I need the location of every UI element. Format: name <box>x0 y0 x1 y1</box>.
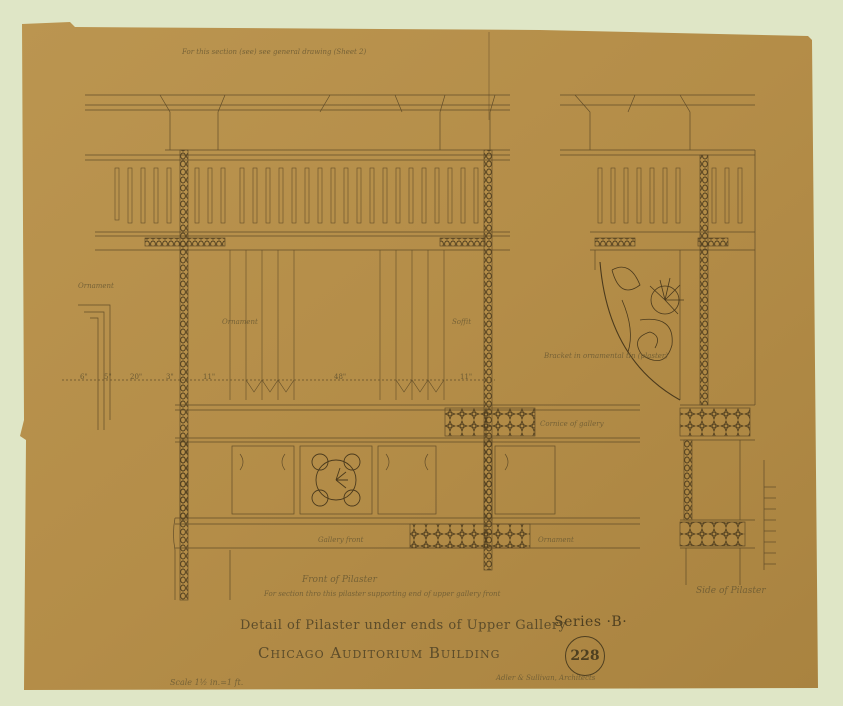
dim-5: 11" <box>203 373 215 381</box>
dim-2: 5" <box>104 373 112 381</box>
dim-6: 48" <box>334 373 346 381</box>
bracket-note: Bracket in ornamental tin (plaster) <box>544 352 668 360</box>
side-of-pilaster-label: Side of Pilaster <box>696 586 766 596</box>
ornament-note-left: Ornament <box>222 318 258 326</box>
dim-7: 11" <box>460 373 472 381</box>
building-name: Chicago Auditorium Building <box>258 644 500 662</box>
architectural-drawing-sheet <box>0 0 843 706</box>
cornice-note: Cornice of gallery <box>540 420 604 428</box>
ornament-note-right: Ornament <box>538 536 574 544</box>
architect-signature: Adler & Sullivan, Architects <box>496 674 595 682</box>
sheet-number: 228 <box>570 648 599 664</box>
drawing-title: Detail of Pilaster under ends of Upper G… <box>240 618 566 633</box>
dim-1: 6" <box>80 373 88 381</box>
series-label: Series ·B· <box>554 614 627 630</box>
drawing-canvas <box>0 0 843 706</box>
dim-4: 3" <box>166 373 174 381</box>
gallery-front-label: Gallery front <box>318 536 363 544</box>
dim-3: 20" <box>130 373 142 381</box>
front-note: For section thro this pilaster supportin… <box>264 590 500 598</box>
soffit-note: Soffit <box>452 318 471 326</box>
top-note: For this section (see) see general drawi… <box>182 48 366 56</box>
scale-note: Scale 1½ in.=1 ft. <box>170 678 243 687</box>
sheet-number-circle: 228 <box>565 636 605 676</box>
upper-left-note: Ornament <box>78 282 114 290</box>
front-of-pilaster-label: Front of Pilaster <box>302 575 377 585</box>
